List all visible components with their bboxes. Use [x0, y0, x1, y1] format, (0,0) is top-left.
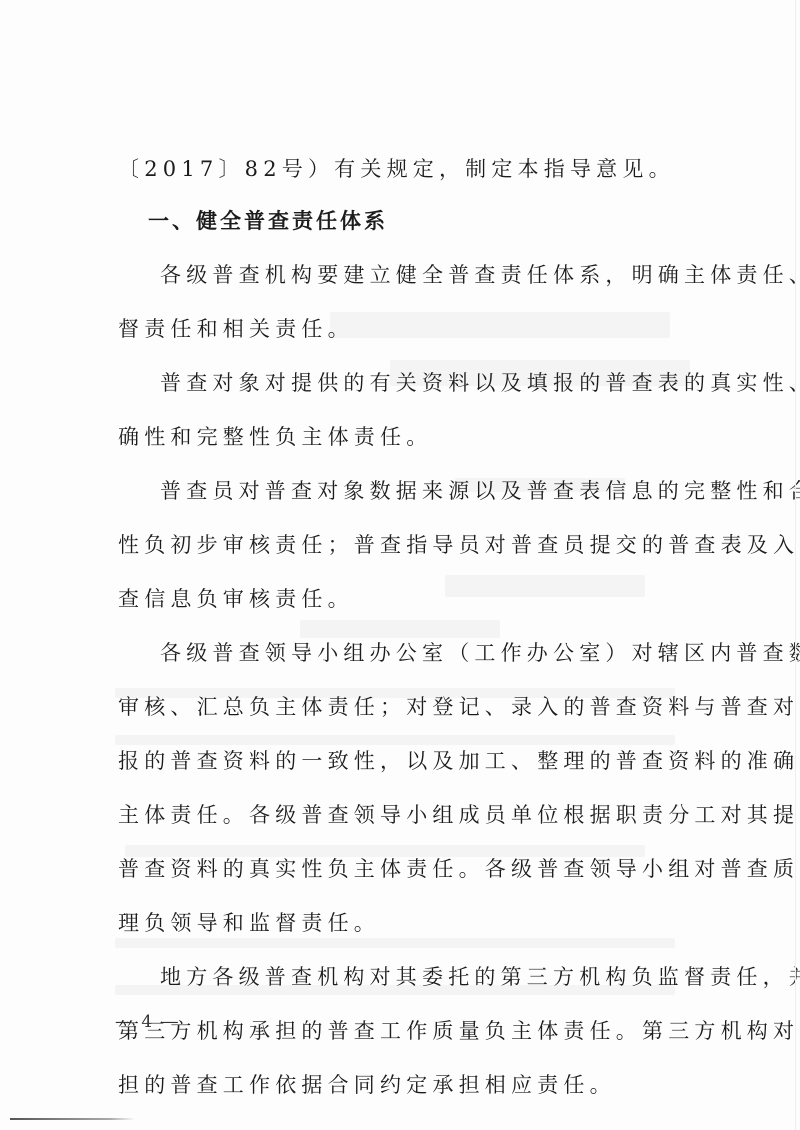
paragraph-line: 普查资料的真实性负主体责任。各级普查领导小组对普查质量管 — [118, 855, 800, 883]
paragraph-line: 报的普查资料的一致性，以及加工、整理的普查资料的准确性负 — [118, 747, 800, 775]
scan-edge-rule — [10, 1118, 135, 1120]
paragraph-line: 理负领导和监督责任。 — [118, 909, 380, 937]
paragraph-line: 地方各级普查机构对其委托的第三方机构负监督责任，并对 — [160, 963, 800, 991]
paragraph-line: 各级普查机构要建立健全普查责任体系，明确主体责任、监 — [160, 261, 800, 289]
paragraph-line: 各级普查领导小组办公室（工作办公室）对辖区内普查数据 — [160, 639, 800, 667]
paragraph-line: 督责任和相关责任。 — [118, 315, 354, 343]
document-page: 〔2017〕82号）有关规定，制定本指导意见。 一、健全普查责任体系 各级普查机… — [0, 0, 800, 1130]
paragraph-line: 性负初步审核责任；普查指导员对普查员提交的普查表及入户调 — [118, 531, 800, 559]
continuation-line: 〔2017〕82号）有关规定，制定本指导意见。 — [118, 155, 675, 183]
paragraph-line: 查信息负审核责任。 — [118, 585, 354, 613]
paragraph-line: 担的普查工作依据合同约定承担相应责任。 — [118, 1071, 616, 1099]
paragraph-line: 主体责任。各级普查领导小组成员单位根据职责分工对其提供的 — [118, 801, 800, 829]
paragraph-line: 审核、汇总负主体责任；对登记、录入的普查资料与普查对象填 — [118, 693, 800, 721]
paragraph-line: 普查对象对提供的有关资料以及填报的普查表的真实性、准 — [160, 369, 800, 397]
scan-edge-right — [795, 0, 796, 1130]
section-heading: 一、健全普查责任体系 — [148, 207, 388, 235]
page-number: — 4 — — [115, 1012, 181, 1032]
paragraph-line: 普查员对普查对象数据来源以及普查表信息的完整性和合理 — [160, 477, 800, 505]
paragraph-line: 确性和完整性负主体责任。 — [118, 423, 432, 451]
paragraph-line: 第三方机构承担的普查工作质量负主体责任。第三方机构对其承 — [118, 1017, 800, 1045]
